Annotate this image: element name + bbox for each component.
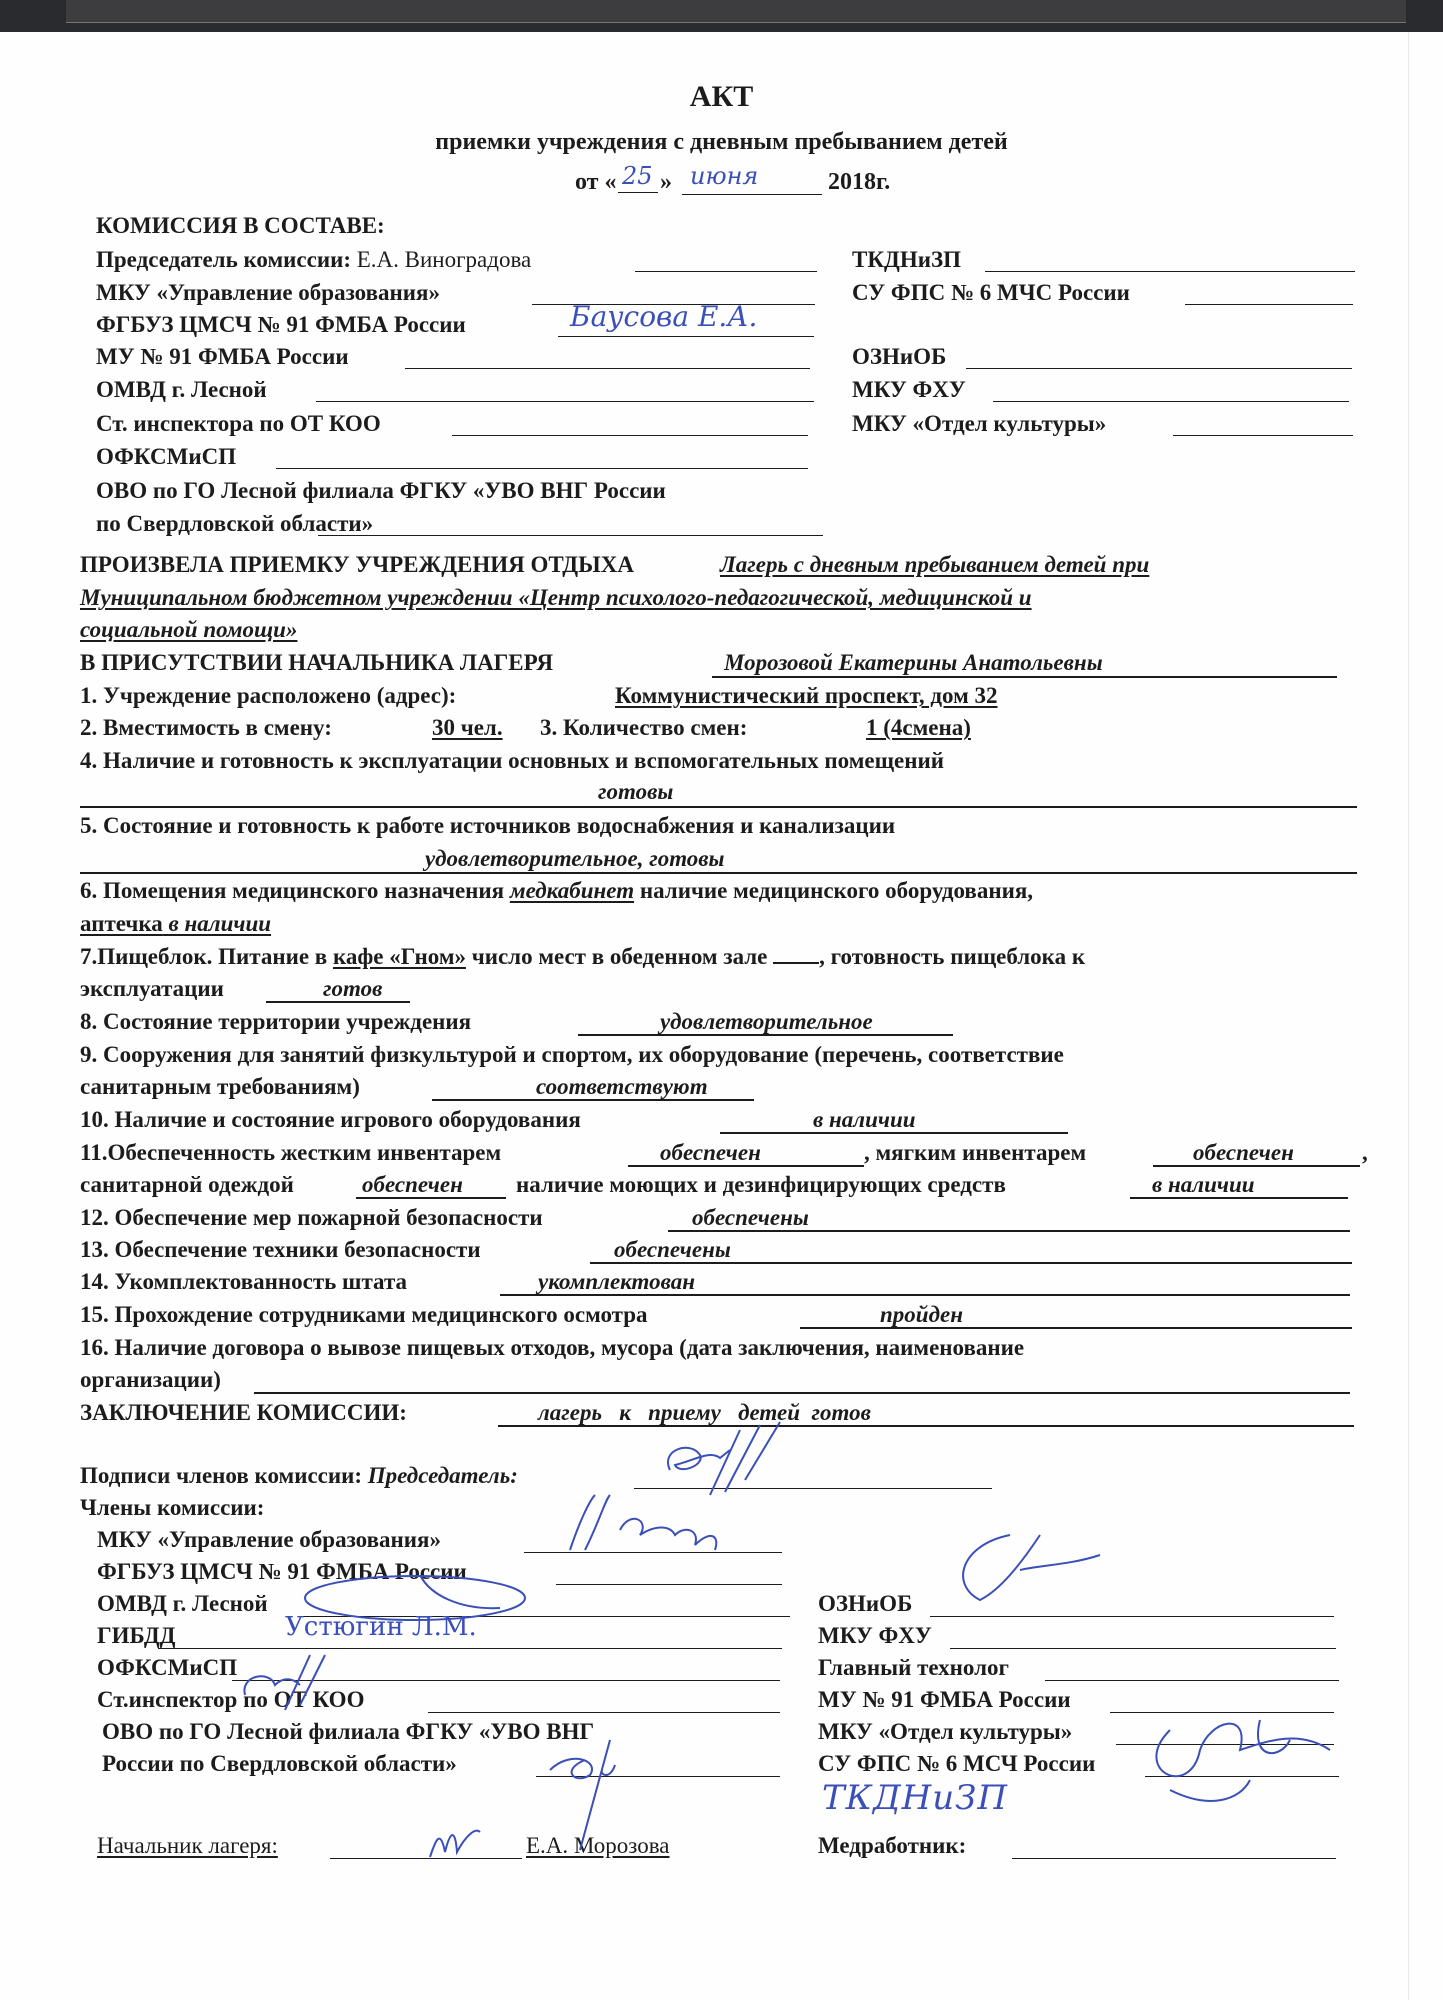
item-2-value: 30 чел. <box>432 714 503 742</box>
commission-left-4: Ст. инспектора по ОТ КОО <box>96 410 381 438</box>
sig-left-4: ОФКСМиСП <box>97 1654 237 1682</box>
chairman-line <box>635 271 817 272</box>
sig-left-5-line[interactable] <box>428 1712 780 1713</box>
item-4-value: готовы <box>598 778 673 806</box>
sig-right-2: Главный технолог <box>818 1654 1009 1682</box>
date-month: июня <box>690 162 758 190</box>
commission-left-5: ОФКСМиСП <box>96 443 236 471</box>
members-heading: Члены комиссии: <box>80 1494 264 1522</box>
item-2-label: 2. Вместимость в смену: <box>80 714 332 742</box>
item-8-value: удовлетворительное <box>660 1008 873 1036</box>
commission-heading: КОМИССИЯ В СОСТАВЕ: <box>96 212 385 240</box>
item-10-label: 10. Наличие и состояние игрового оборудо… <box>80 1106 581 1134</box>
item-5-line <box>80 872 1357 874</box>
item-9-label-a: 9. Сооружения для занятий физкультурой и… <box>80 1041 1064 1069</box>
item-11-line-c <box>356 1197 506 1199</box>
item-12-line <box>668 1230 1350 1232</box>
commission-left-7-line[interactable] <box>318 535 823 536</box>
commission-left-7: по Свердловской области» <box>96 510 373 538</box>
chairman-label: Председатель комиссии: Е.А. Виноградова <box>96 246 531 274</box>
item-16-line[interactable] <box>254 1392 1350 1394</box>
sig-left-3: ГИБДД <box>97 1622 176 1650</box>
sig-left-2: ОМВД г. Лесной <box>97 1590 268 1618</box>
page-edge-line <box>1408 32 1409 2000</box>
date-month-line <box>682 194 822 195</box>
item-9-line <box>432 1099 754 1101</box>
sig-right-4: МКУ «Отдел культуры» <box>818 1718 1072 1746</box>
sig-left-6: ОВО по ГО Лесной филиала ФГКУ «УВО ВНГ <box>102 1718 594 1746</box>
item-11-line-b <box>1153 1165 1360 1167</box>
item-7-value-d: готов <box>323 975 382 1003</box>
medic-label: Медработник: <box>818 1832 966 1860</box>
item-10-value: в наличии <box>813 1106 916 1134</box>
commission-right-4-line[interactable] <box>1173 435 1353 436</box>
item-13-value: обеспечены <box>614 1236 731 1264</box>
item-12-label: 12. Обеспечение мер пожарной безопасност… <box>80 1204 543 1232</box>
signature-ofksmisp <box>240 1650 340 1715</box>
sig-left-1-line[interactable] <box>556 1584 782 1585</box>
commission-right-2-line[interactable] <box>966 368 1352 369</box>
presence-line <box>712 676 1337 678</box>
acceptance-value-line2: Муниципальном бюджетном учреждении «Цент… <box>80 584 1032 612</box>
fgbuz-handwritten-name: Баусова Е.А. <box>570 300 757 333</box>
item-11-label-d: наличие моющих и дезинфицирующих средств <box>516 1171 1006 1199</box>
item-6-label: 6. Помещения медицинского назначения мед… <box>80 877 1033 905</box>
item-3-label: 3. Количество смен: <box>540 714 747 742</box>
item-8-label: 8. Состояние территории учреждения <box>80 1008 471 1036</box>
acceptance-value-line3: социальной помощи» <box>80 616 297 644</box>
date-prefix: от « <box>575 168 616 196</box>
item-1-value: Коммунистический проспект, дом 32 <box>615 682 998 710</box>
item-11-value-a: обеспечен <box>660 1139 761 1167</box>
item-11-label-c: санитарной одеждой <box>80 1171 294 1199</box>
item-13-line <box>590 1262 1352 1264</box>
item-10-line <box>720 1132 1068 1134</box>
commission-left-2: МУ № 91 ФМБА России <box>96 343 349 371</box>
signature-omvd <box>300 1570 540 1635</box>
commission-left-0: МКУ «Управление образования» <box>96 279 440 307</box>
acceptance-value-line1: Лагерь с дневным пребыванием детей при <box>720 551 1149 579</box>
item-11-value-c: обеспечен <box>362 1171 463 1199</box>
item-6-value-a: медкабинет <box>510 878 634 903</box>
item-6-value-c: в наличии <box>169 911 272 936</box>
item-11-label-a: 11.Обеспеченность жестким инвентарем <box>80 1139 501 1167</box>
commission-right-1-line[interactable] <box>1185 304 1353 305</box>
sig-left-7: России по Свердловской области» <box>102 1750 457 1778</box>
item-9-label-b: санитарным требованиям) <box>80 1073 360 1101</box>
item-11-comma: , <box>1362 1139 1368 1167</box>
signatures-heading: Подписи членов комиссии: Председатель: <box>80 1462 518 1490</box>
date-mid: » <box>660 168 672 196</box>
signature-ovo <box>540 1730 650 1855</box>
item-16-label-a: 16. Наличие договора о вывозе пищевых от… <box>80 1334 1024 1362</box>
item-13-label: 13. Обеспечение техники безопасности <box>80 1236 481 1264</box>
item-11-line-a <box>628 1165 864 1167</box>
date-day-line <box>618 192 658 193</box>
document-title: АКТ <box>0 83 1443 111</box>
item-8-line <box>578 1034 953 1036</box>
commission-left-3: ОМВД г. Лесной <box>96 376 267 404</box>
signatures-chairman-label: Председатель: <box>368 1463 518 1488</box>
commission-right-3-line[interactable] <box>993 401 1349 402</box>
sig-left-0: МКУ «Управление образования» <box>97 1526 441 1554</box>
item-11-line-d <box>1130 1197 1348 1199</box>
item-14-label: 14. Укомплектованность штата <box>80 1268 407 1296</box>
commission-left-1-line[interactable] <box>558 336 814 337</box>
commission-right-2: ОЗНиОБ <box>852 343 946 371</box>
item-11-value-b: обеспечен <box>1193 1139 1294 1167</box>
date-day: 25 <box>622 162 653 190</box>
sig-right-3: МУ № 91 ФМБА России <box>818 1686 1071 1714</box>
item-4-label: 4. Наличие и готовность к эксплуатации о… <box>80 747 944 775</box>
item-15-label: 15. Прохождение сотрудниками медицинског… <box>80 1301 648 1329</box>
commission-left-4-line[interactable] <box>452 435 808 436</box>
signature-education <box>560 1490 740 1565</box>
commission-right-1: СУ ФПС № 6 МЧС России <box>852 279 1130 307</box>
commission-right-0: ТКДНиЗП <box>852 246 961 274</box>
commission-left-6: ОВО по ГО Лесной филиала ФГКУ «УВО ВНГ Р… <box>96 477 666 505</box>
item-6-line2: аптечка в наличии <box>80 910 271 938</box>
scanner-lid-edge <box>66 0 1406 23</box>
item-7-label: 7.Пищеблок. Питание в кафе «Гном» число … <box>80 943 1085 971</box>
item-7-seats-blank[interactable] <box>773 944 819 964</box>
item-5-value: удовлетворительное, готовы <box>425 845 725 873</box>
item-16-label-b: организации) <box>80 1366 221 1394</box>
chairman-name: Е.А. Виноградова <box>357 247 531 272</box>
item-12-value: обеспечены <box>692 1204 809 1232</box>
item-11-label-b: , мягким инвентарем <box>864 1139 1086 1167</box>
head-label: Начальник лагеря: <box>97 1832 278 1860</box>
presence-label: В ПРИСУТСТВИИ НАЧАЛЬНИКА ЛАГЕРЯ <box>80 649 553 677</box>
sig-right-0-line[interactable] <box>930 1616 1334 1617</box>
item-9-value: соответствуют <box>536 1073 708 1101</box>
signature-oznioob <box>950 1525 1110 1610</box>
commission-right-0-line[interactable] <box>985 271 1355 272</box>
item-15-value: пройден <box>880 1301 963 1329</box>
medic-line[interactable] <box>1012 1858 1336 1859</box>
item-14-value: укомплектован <box>538 1268 695 1296</box>
conclusion-label: ЗАКЛЮЧЕНИЕ КОМИССИИ: <box>80 1399 407 1427</box>
scanner-border <box>0 0 1443 32</box>
item-7-value-a: кафе «Гном» <box>333 944 466 969</box>
sig-right-1-line[interactable] <box>950 1648 1336 1649</box>
acceptance-label: ПРОИЗВЕЛА ПРИЕМКУ УЧРЕЖДЕНИЯ ОТДЫХА <box>80 551 634 579</box>
commission-left-5-line[interactable] <box>276 468 808 469</box>
commission-right-4: МКУ «Отдел культуры» <box>852 410 1106 438</box>
sig-right-2-line[interactable] <box>1045 1680 1339 1681</box>
conclusion-line <box>498 1425 1354 1427</box>
date-year: 2018г. <box>828 168 890 196</box>
item-4-line <box>80 806 1357 808</box>
item-14-line <box>500 1294 1350 1296</box>
tkdnizp-handwritten: ТКДНиЗП <box>822 1778 1008 1818</box>
sig-right-5: СУ ФПС № 6 МСЧ России <box>818 1750 1095 1778</box>
commission-left-1: ФГБУЗ ЦМСЧ № 91 ФМБА России <box>96 311 466 339</box>
signature-culture <box>1130 1690 1360 1825</box>
item-15-line <box>800 1327 1352 1329</box>
item-7-line2: эксплуатации <box>80 975 224 1003</box>
commission-left-2-line[interactable] <box>405 368 810 369</box>
item-11-value-d: в наличии <box>1152 1171 1255 1199</box>
commission-left-3-line[interactable] <box>316 401 814 402</box>
sig-right-0: ОЗНиОБ <box>818 1590 912 1618</box>
commission-right-3: МКУ ФХУ <box>852 376 966 404</box>
item-1-label: 1. Учреждение расположено (адрес): <box>80 682 456 710</box>
item-7-line <box>266 1001 410 1003</box>
sig-left-3-line[interactable] <box>158 1648 782 1649</box>
document-subtitle: приемки учреждения с дневным пребыванием… <box>0 128 1443 156</box>
presence-value: Морозовой Екатерины Анатольевны <box>724 649 1103 677</box>
item-5-label: 5. Состояние и готовность к работе источ… <box>80 812 895 840</box>
item-3-value: 1 (4смена) <box>866 714 971 742</box>
signature-head <box>425 1822 495 1867</box>
sig-right-1: МКУ ФХУ <box>818 1622 932 1650</box>
